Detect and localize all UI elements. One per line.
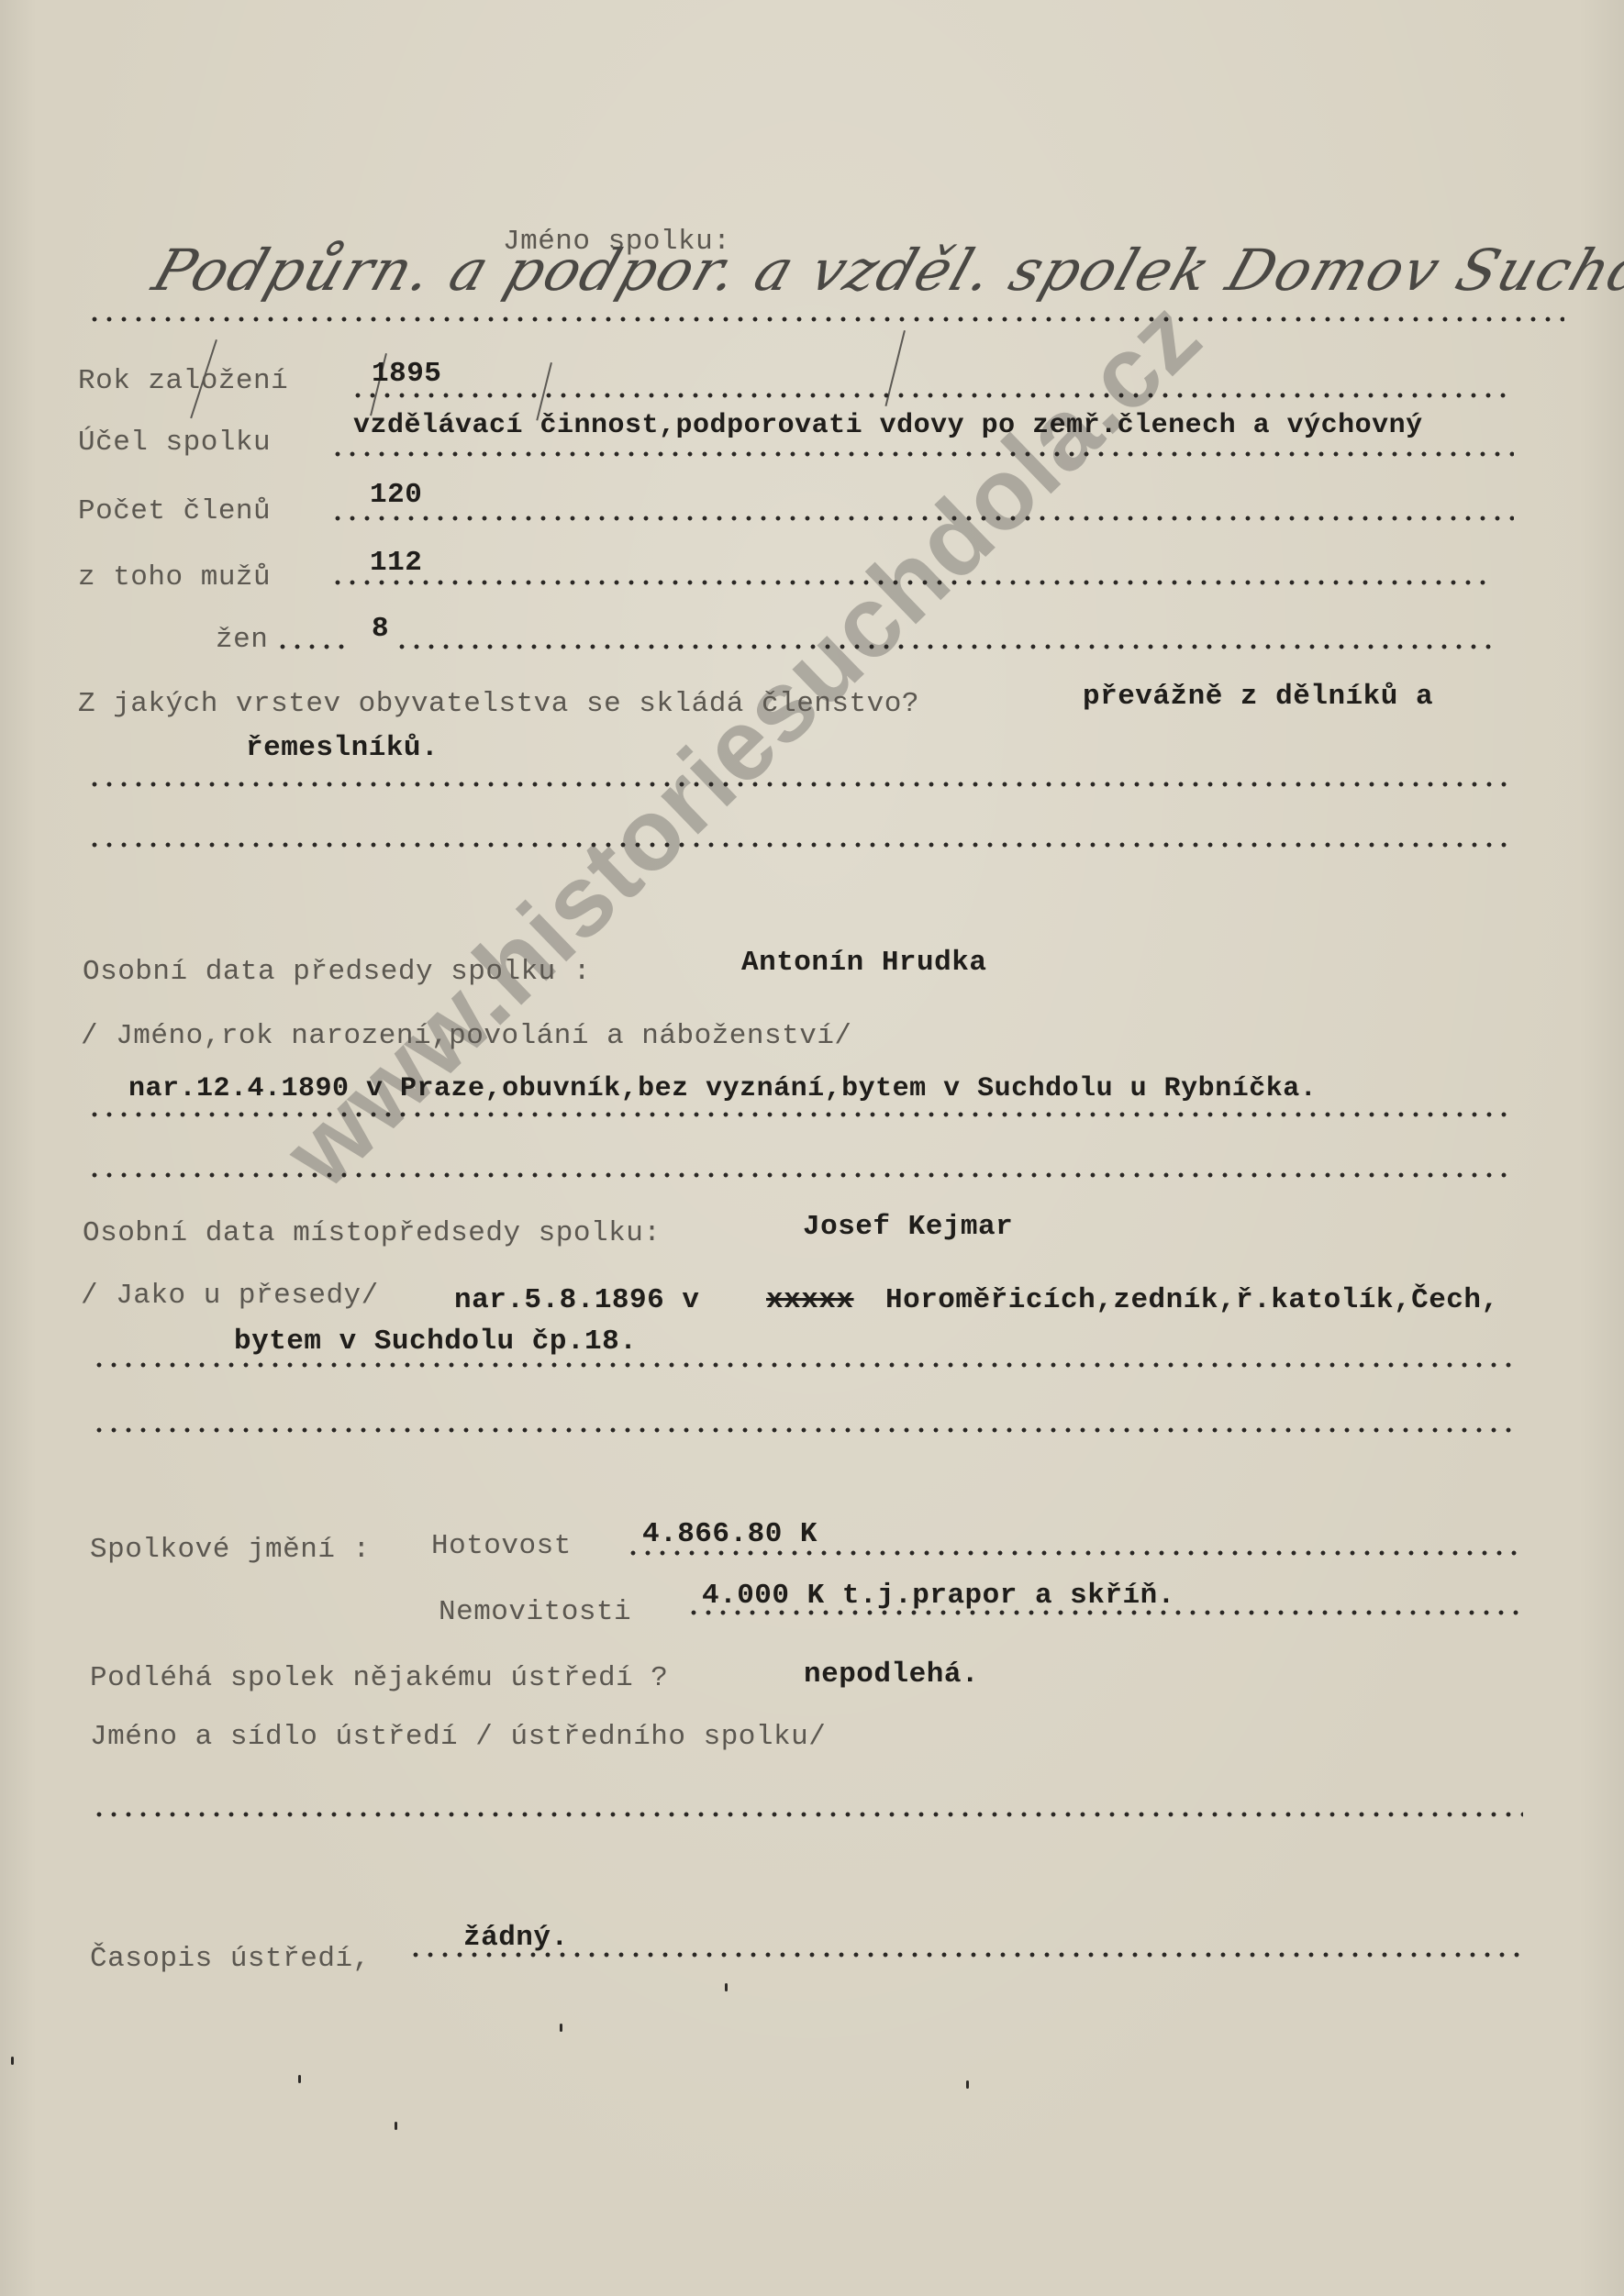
dotted-line <box>626 1550 1520 1556</box>
dotted-line <box>330 516 1514 521</box>
cash-label: Hotovost <box>431 1530 572 1562</box>
purpose-label: Účel spolku <box>78 427 271 459</box>
property-label: Nemovitosti <box>439 1596 631 1628</box>
vice-chairman-details-2: bytem v Suchdolu čp.18. <box>234 1325 637 1358</box>
dotted-line <box>87 1112 1514 1117</box>
property-value: 4.000 K t.j.prapor a skříň. <box>702 1580 1175 1612</box>
chairman-name: Antonín Hrudka <box>741 947 986 979</box>
dotted-line <box>395 644 1491 649</box>
chairman-details: nar.12.4.1890 v Praze,obuvník,bez vyznán… <box>128 1073 1317 1104</box>
men-label: z toho mužů <box>78 561 271 593</box>
assets-label: Spolkové jmění : <box>90 1534 371 1566</box>
dotted-line <box>92 1362 1518 1368</box>
paper-speck <box>11 2057 14 2065</box>
chairman-label: Osobní data předsedy spolku : <box>83 956 591 988</box>
dotted-line <box>87 1172 1514 1178</box>
paper-speck <box>725 1983 728 1991</box>
paper-speck <box>298 2075 301 2083</box>
paper-speck <box>966 2080 969 2089</box>
membership-strata-value-2: řemeslníků. <box>246 732 439 764</box>
dotted-line <box>275 644 349 649</box>
women-value: 8 <box>372 613 389 645</box>
dotted-line <box>408 1952 1523 1958</box>
dotted-line <box>87 842 1514 848</box>
purpose-value: vzdělávací činnost,podporovati vdovy po … <box>353 410 1423 441</box>
vice-chairman-label: Osobní data místopředsedy spolku: <box>83 1217 661 1249</box>
dotted-line <box>686 1610 1521 1615</box>
founded-value: 1895 <box>372 358 441 390</box>
vice-chairman-hint: / Jako u přesedy/ <box>81 1280 379 1312</box>
chairman-hint: / Jméno,rok narození,povolání a nábožens… <box>81 1020 852 1052</box>
men-value: 112 <box>370 547 422 579</box>
vice-chairman-name: Josef Kejmar <box>803 1211 1013 1243</box>
vice-chairman-details-1: Horoměřicích,zedník,ř.katolík,Čech, <box>885 1284 1499 1316</box>
central-journal-label: Časopis ústředí, <box>90 1943 371 1975</box>
dotted-line <box>92 1812 1523 1817</box>
central-affiliation-value: nepodlehá. <box>804 1658 979 1691</box>
founded-label: Rok založení <box>78 365 288 397</box>
central-journal-value: žádný. <box>463 1922 569 1954</box>
paper-speck <box>560 2024 562 2032</box>
member-count-value: 120 <box>370 479 422 511</box>
member-count-label: Počet členů <box>78 495 271 527</box>
vice-chairman-details-prefix: nar.5.8.1896 v <box>454 1284 699 1316</box>
central-affiliation-label: Podléhá spolek nějakému ústředí ? <box>90 1662 668 1694</box>
dotted-line <box>350 393 1511 398</box>
membership-strata-label: Z jakých vrstev obyvatelstva se skládá č… <box>78 688 919 720</box>
women-label: žen <box>216 624 268 656</box>
membership-strata-value-1: převážně z dělníků a <box>1083 681 1433 713</box>
paper-speck <box>395 2122 397 2130</box>
dotted-line <box>330 580 1491 585</box>
dotted-line <box>92 1427 1518 1433</box>
dotted-line <box>330 451 1514 457</box>
cash-value: 4.866.80 K <box>642 1518 818 1550</box>
dotted-line <box>87 782 1514 787</box>
document-page: www.historiesuchdola.cz Jméno spolku: Po… <box>0 0 1624 2296</box>
struck-text: xxxxx <box>766 1284 854 1316</box>
club-name-handwritten: Podpůrn. a podpor. a vzděl. spolek Domov… <box>145 237 1624 304</box>
dotted-line <box>87 316 1564 322</box>
central-name-label: Jméno a sídlo ústředí / ústředního spolk… <box>90 1721 826 1753</box>
